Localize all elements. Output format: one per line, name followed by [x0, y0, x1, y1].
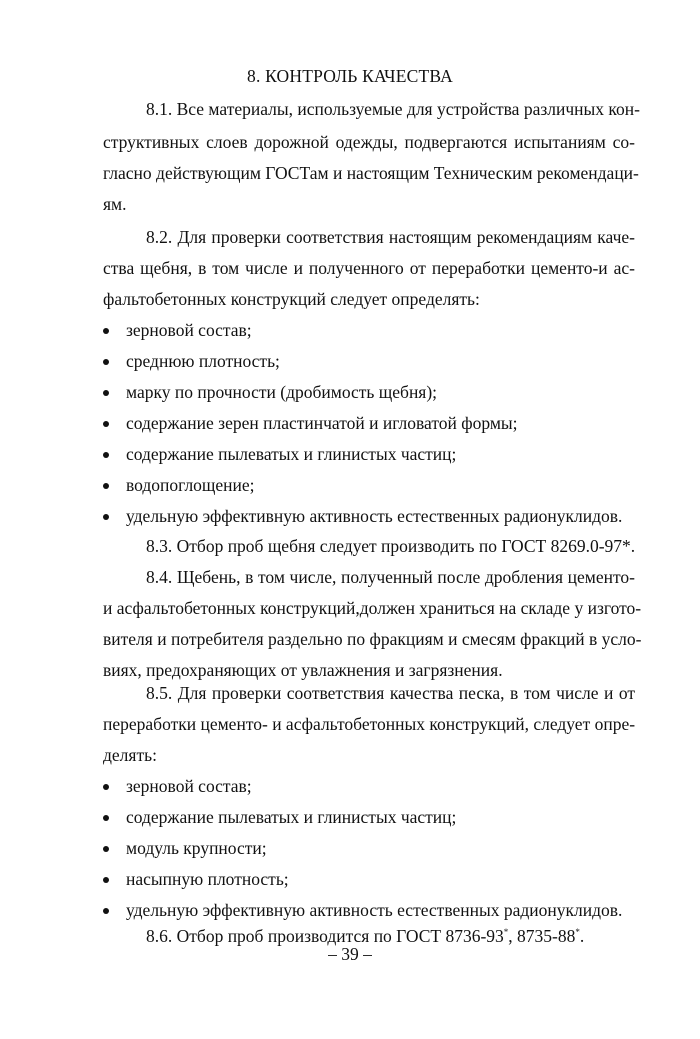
- document-page: 8. КОНТРОЛЬ КАЧЕСТВА 8.1. Все материалы,…: [0, 0, 700, 1039]
- text-line: 8.5. Для проверки соответствия качества …: [146, 682, 635, 704]
- text-line: виях, предохраняющих от увлажнения и заг…: [103, 659, 635, 681]
- text-line: ства щебня, в том числе и полученного от…: [103, 257, 635, 279]
- bullet-icon: [103, 908, 109, 914]
- text-line: гласно действующим ГОСТам и настоящим Те…: [103, 162, 635, 184]
- text-line: 8.4. Щебень, в том числе, полученный пос…: [146, 566, 635, 588]
- bullet-icon: [103, 421, 109, 427]
- text-line: вителя и потребителя раздельно по фракци…: [103, 628, 635, 650]
- bullet-icon: [103, 328, 109, 334]
- text-line: фальтобетонных конструкций следует опред…: [103, 288, 635, 310]
- paragraph-8-3: 8.3. Отбор проб щебня следует производит…: [146, 535, 635, 557]
- bullet-icon: [103, 452, 109, 458]
- text-line: 8.1. Все материалы, используемые для уст…: [146, 98, 635, 120]
- text-line: переработки цементо- и асфальтобетонных …: [103, 713, 635, 735]
- bullet-icon: [103, 846, 109, 852]
- text-line: ям.: [103, 193, 635, 215]
- bullet-icon: [103, 877, 109, 883]
- bullet-icon: [103, 514, 109, 520]
- bullet-icon: [103, 784, 109, 790]
- page-number: – 39 –: [0, 944, 700, 965]
- text-line: структивных слоев дорожной одежды, подве…: [103, 131, 635, 153]
- text-line: и асфальтобетонных конструкций,должен хр…: [103, 597, 635, 619]
- bullet-icon: [103, 390, 109, 396]
- bullet-icon: [103, 483, 109, 489]
- bullet-icon: [103, 359, 109, 365]
- text-line: делять:: [103, 744, 635, 766]
- section-title: 8. КОНТРОЛЬ КАЧЕСТВА: [0, 66, 700, 87]
- bullet-icon: [103, 815, 109, 821]
- text-line: 8.2. Для проверки соответствия настоящим…: [146, 226, 635, 248]
